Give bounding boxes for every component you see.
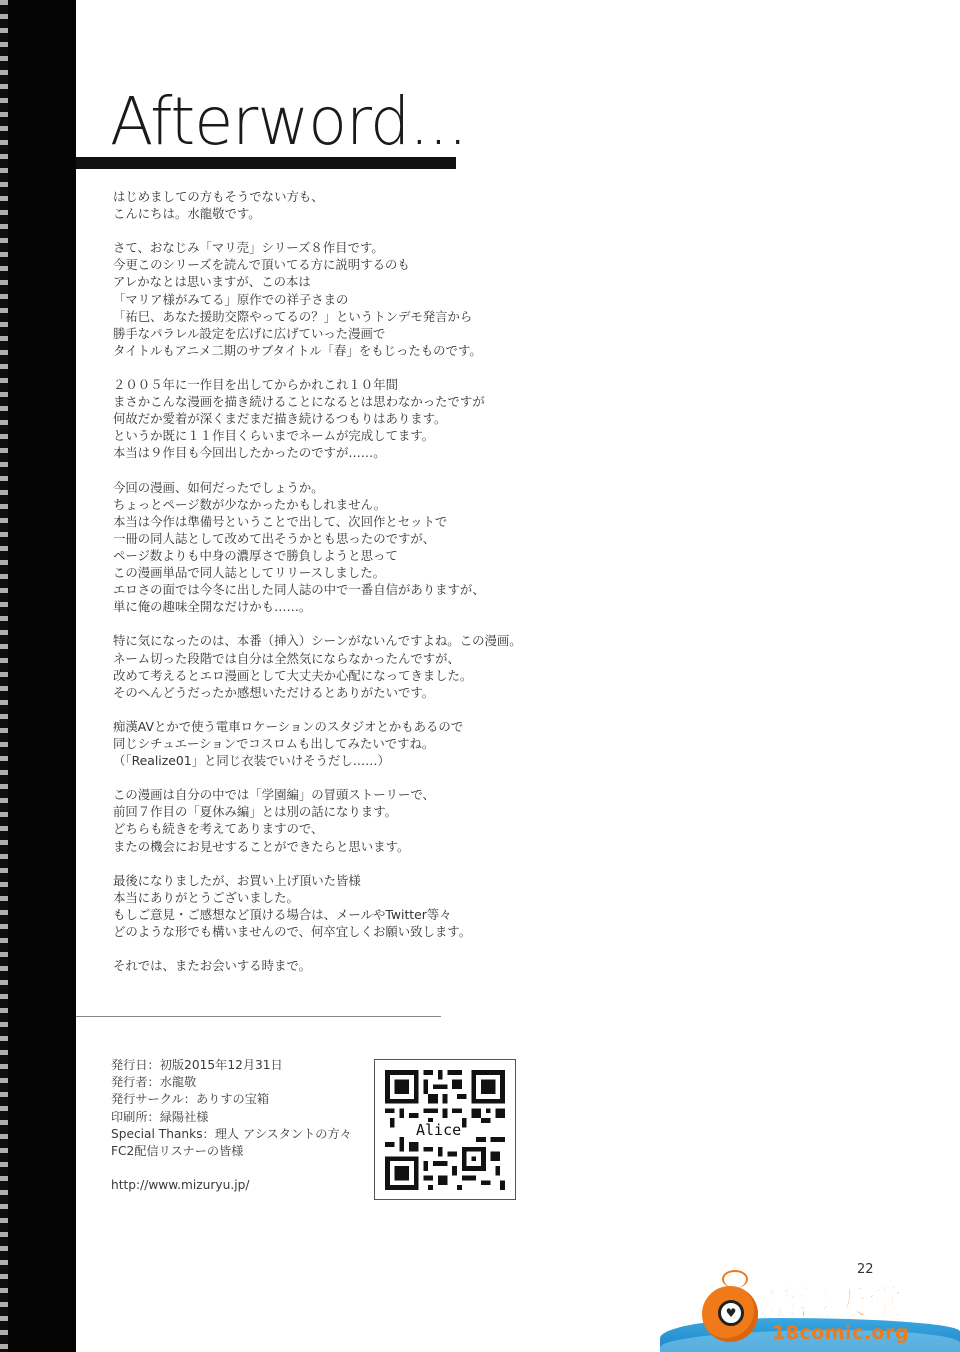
colophon: 発行日：初版2015年12月31日 発行者：水龍敬 発行サークル：ありすの宝箱 … [111, 1057, 352, 1194]
watermark-url: 18comic.org [772, 1322, 909, 1344]
mascot-icon: ♥ [702, 1286, 758, 1342]
paragraph-story-arc: この漫画は自分の中では「学園編」の冒頭ストーリーで、 前回７作目の「夏休み編」と… [113, 786, 533, 854]
paragraph-concerns: 特に気になったのは、本番（挿入）シーンがないんですよね。この漫画。 ネーム切った… [113, 632, 533, 700]
circle-name: 発行サークル：ありすの宝箱 [111, 1091, 352, 1108]
paragraph-cosrom: 痴漢AVとかで使う電車ロケーションのスタジオとかもあるので 同じシチュエーション… [113, 718, 533, 769]
page-title: Afterword... [110, 82, 467, 162]
special-thanks-cont: FC2配信リスナーの皆様 [111, 1143, 352, 1160]
website-link[interactable]: http://www.mizuryu.jp/ [111, 1177, 352, 1194]
scan-edge [0, 0, 8, 1352]
printer: 印刷所：緑陽社様 [111, 1109, 352, 1126]
title-underline [76, 157, 456, 169]
paragraph-farewell: それでは、またお会いする時まで。 [113, 957, 533, 974]
heart-icon: ♥ [718, 1300, 744, 1326]
section-divider [76, 1016, 441, 1017]
paragraph-thanks: 最後になりましたが、お買い上げ頂いた皆様 本当にありがとうございました。 もしご… [113, 872, 533, 940]
paragraph-history: ２００５年に一作目を出してからかれこれ１０年間 まさかこんな漫画を描き続けること… [113, 376, 533, 461]
watermark-title: 禁漫天堂 [763, 1284, 903, 1322]
qr-label: Alice [415, 1122, 462, 1138]
paragraph-this-volume: 今回の漫画、如何だったでしょうか。 ちょっとページ数が少なかったかもしれません。… [113, 479, 533, 616]
site-watermark[interactable]: ♥ 禁漫天堂 18comic.org [660, 1270, 960, 1352]
binding-spine [0, 0, 76, 1352]
publish-date: 発行日：初版2015年12月31日 [111, 1057, 352, 1074]
paragraph-greeting: はじめましての方もそうでない方も、 こんにちは。水龍敬です。 [113, 188, 533, 222]
afterword-body: はじめましての方もそうでない方も、 こんにちは。水龍敬です。 さて、おなじみ「マ… [113, 188, 533, 991]
qr-code[interactable]: Alice [374, 1059, 516, 1200]
paragraph-series-intro: さて、おなじみ「マリ売」シリーズ８作目です。 今更このシリーズを読んで頂いてる方… [113, 239, 533, 359]
special-thanks: Special Thanks：理人 アシスタントの方々 [111, 1126, 352, 1143]
publisher: 発行者：水龍敬 [111, 1074, 352, 1091]
